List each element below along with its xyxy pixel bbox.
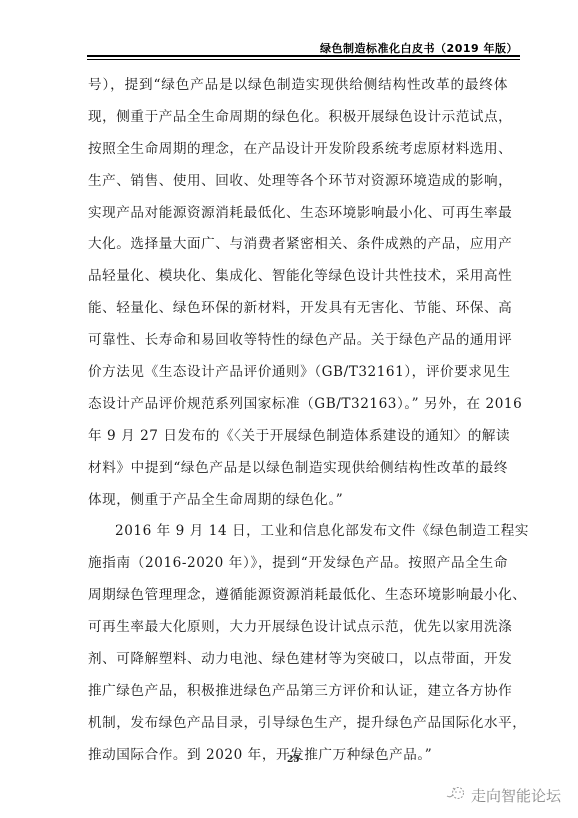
wechat-icon — [445, 784, 467, 806]
text-line: 机制，发布绿色产品目录，引导绿色生产，提升绿色产品国际化水平， — [88, 708, 508, 740]
text-line: 实现产品对能源资源消耗最低化、生态环境影响最小化、可再生率最 — [88, 198, 508, 230]
text-line: 价方法见《生态设计产品评价通则》（GB/T32161），评价要求见生 — [88, 357, 508, 389]
text-line: 大化。选择量大面广、与消费者紧密相关、条件成熟的产品，应用产 — [88, 229, 508, 261]
text-line: 材料》中提到“绿色产品是以绿色制造实现供给侧结构性改革的最终 — [88, 453, 508, 485]
text-line: 品轻量化、模块化、集成化、智能化等绿色设计共性技术，采用高性 — [88, 261, 508, 293]
page-number: 25 — [287, 755, 300, 765]
text-line: 态设计产品评价规范系列国家标准（GB/T32163）。” 另外，在 2016 — [88, 389, 508, 421]
text-line: 按照全生命周期的理念，在产品设计开发阶段系统考虑原材料选用、 — [88, 134, 508, 166]
header-rule-thin — [87, 59, 520, 60]
text-line: 推广绿色产品，积极推进绿色产品第三方评价和认证，建立各方协作 — [88, 676, 508, 708]
text-line: 现，侧重于产品全生命周期的绿色化。积极开展绿色设计示范试点， — [88, 102, 508, 134]
text-line: 体现，侧重于产品全生命周期的绿色化。” — [88, 485, 508, 517]
text-line: 生产、销售、使用、回收、处理等各个环节对资源环境造成的影响， — [88, 166, 508, 198]
text-line: 年 9 月 27 日发布的《〈关于开展绿色制造体系建设的通知〉的解读 — [88, 421, 508, 453]
text-line: 剂、可降解塑料、动力电池、绿色建材等为突破口，以点带面，开发 — [88, 644, 508, 676]
text-line: 周期绿色管理理念，遵循能源资源消耗最低化、生态环境影响最小化、 — [88, 580, 508, 612]
header-double-rule — [87, 55, 520, 61]
header-rule-thick — [87, 55, 520, 57]
text-line: 施指南（2016-2020 年）》，提到“开发绿色产品。按照产品全生命 — [88, 548, 508, 580]
text-line: 能、轻量化、绿色环保的新材料，开发具有无害化、节能、环保、高 — [88, 293, 508, 325]
paragraph-first-line: 2016 年 9 月 14 日，工业和信息化部发布文件《绿色制造工程实 — [88, 516, 508, 548]
text-line: 可靠性、长寿命和易回收等特性的绿色产品。关于绿色产品的通用评 — [88, 325, 508, 357]
body-text: 号），提到“绿色产品是以绿色制造实现供给侧结构性改革的最终体 现，侧重于产品全生… — [88, 70, 508, 772]
text-line: 号），提到“绿色产品是以绿色制造实现供给侧结构性改革的最终体 — [88, 70, 508, 102]
watermark-text: 走向智能论坛 — [471, 785, 561, 806]
running-header-title: 绿色制造标准化白皮书（2019 年版） — [320, 40, 518, 56]
watermark: 走向智能论坛 — [445, 784, 561, 806]
text-line: 可再生率最大化原则，大力开展绿色设计试点示范，优先以家用洗涤 — [88, 612, 508, 644]
document-page: 绿色制造标准化白皮书（2019 年版） 号），提到“绿色产品是以绿色制造实现供给… — [0, 0, 578, 818]
